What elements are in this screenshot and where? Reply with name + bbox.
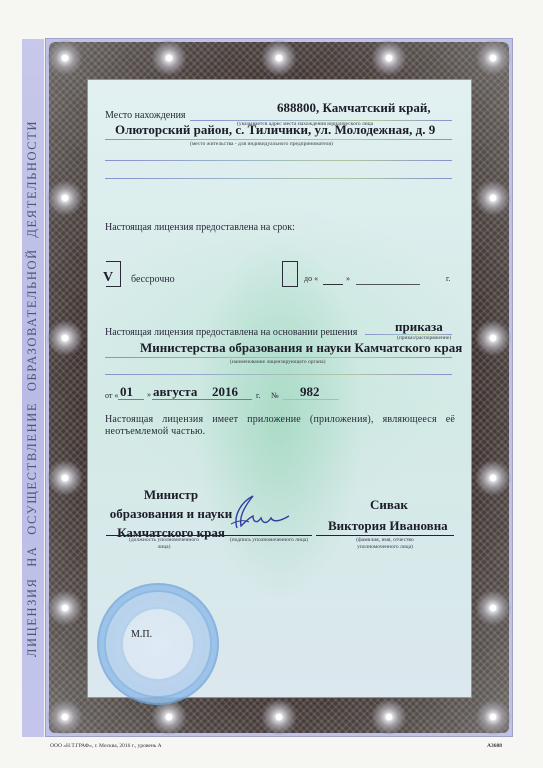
side-title-text: ЛИЦЕНЗИЯ НА ОСУЩЕСТВЛЕНИЕ ОБРАЗОВАТЕЛЬНО…: [26, 119, 41, 656]
underline: [105, 139, 452, 140]
signature-hint: (подпись уполномоченного лица): [228, 537, 310, 544]
until-prefix: до «: [304, 274, 318, 283]
rosette-icon: [475, 40, 511, 76]
rosette-icon: [475, 590, 511, 626]
rosette-icon: [371, 699, 407, 735]
basis-label: Настоящая лицензия предоставлена на осно…: [105, 327, 357, 338]
underline: [106, 535, 226, 536]
rosette-icon: [47, 460, 83, 496]
underline: [105, 374, 452, 375]
underline: [105, 160, 452, 161]
decision-year: 2016: [212, 384, 238, 400]
checkmark: V: [103, 270, 113, 286]
name-hint: (фамилия, имя, отчество уполномоченного …: [335, 537, 435, 551]
signature: [223, 494, 293, 532]
rosette-icon: [371, 40, 407, 76]
form-code: А3688: [487, 743, 502, 749]
position-hint: (должность уполномоченного лица): [124, 537, 204, 551]
from-label: от «: [105, 391, 118, 400]
position-line1: Министр: [106, 485, 236, 504]
rosette-icon: [475, 699, 511, 735]
underline: [152, 399, 252, 400]
authority: Министерства образования и науки Камчатс…: [140, 340, 462, 356]
location-hint2: (место жительства - для индивидуального …: [190, 141, 333, 147]
underline: [283, 399, 339, 400]
rosette-icon: [261, 40, 297, 76]
underline: [356, 284, 420, 285]
underline: [105, 178, 452, 179]
underline: [118, 399, 144, 400]
authority-hint: (наименование лицензирующего органа): [230, 359, 325, 365]
rosette-icon: [475, 320, 511, 356]
until-mid: »: [346, 274, 350, 283]
rosette-icon: [47, 699, 83, 735]
underline: [323, 284, 343, 285]
rosette-icon: [47, 590, 83, 626]
official-seal: [97, 583, 219, 705]
rosette-icon: [261, 699, 297, 735]
until-checkbox[interactable]: [282, 261, 298, 287]
decision-type: приказа: [395, 319, 443, 335]
rosette-icon: [47, 40, 83, 76]
rosette-icon: [475, 180, 511, 216]
underline: [226, 535, 312, 536]
rosette-icon: [47, 320, 83, 356]
rosette-icon: [47, 180, 83, 216]
unlimited-label: бессрочно: [131, 274, 175, 285]
day-close: »: [147, 390, 151, 399]
underline: [316, 535, 454, 536]
decision-day: 01: [120, 384, 133, 400]
appendix-note: Настоящая лицензия имеет приложение (при…: [105, 414, 455, 438]
decision-month: августа: [153, 384, 197, 400]
location-line1: 688800, Камчатский край,: [277, 100, 431, 116]
rosette-icon: [151, 40, 187, 76]
year-suffix: г.: [256, 391, 260, 400]
location-line2: Олюторский район, с. Тиличики, ул. Молод…: [115, 122, 435, 138]
rosette-icon: [475, 460, 511, 496]
underline: [105, 357, 452, 358]
position-line2: образования и науки: [106, 504, 236, 523]
printer-info: ООО «Н.Т.ГРАФ», г. Москва, 2016 г., уров…: [50, 743, 162, 749]
signatory-position: Министр образования и науки Камчатского …: [106, 485, 236, 542]
side-title: ЛИЦЕНЗИЯ НА ОСУЩЕСТВЛЕНИЕ ОБРАЗОВАТЕЛЬНО…: [22, 39, 44, 737]
signatory-surname: Сивак: [370, 497, 408, 513]
term-label: Настоящая лицензия предоставлена на срок…: [105, 222, 295, 233]
number-label: №: [271, 391, 279, 400]
seal-label: М.П.: [131, 629, 152, 640]
until-year-suffix: г.: [446, 274, 450, 283]
decision-number: 982: [300, 384, 320, 400]
location-label: Место нахождения: [105, 110, 186, 121]
signatory-name: Виктория Ивановна: [328, 518, 448, 534]
